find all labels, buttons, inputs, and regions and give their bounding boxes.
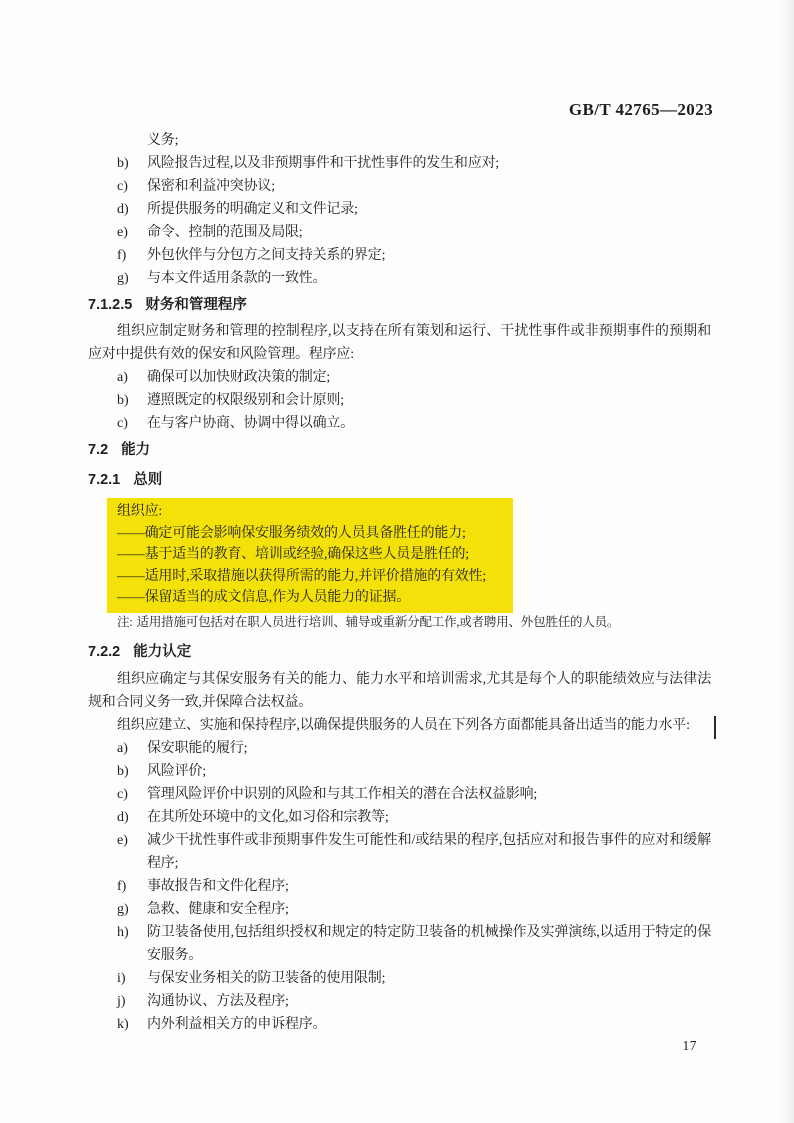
list-item-label: g): [117, 267, 129, 290]
list-item: e) 命令、控制的范围及局限;: [88, 221, 711, 244]
list-item-text: 确保可以加快财政决策的制定;: [147, 370, 330, 385]
clause-list-continuation: 义务; b) 风险报告过程,以及非预期事件和干扰性事件的发生和应对; c) 保密…: [88, 129, 711, 290]
list-item-text: 防卫装备使用,包括组织授权和规定的特定防卫装备的机械操作及实弹演练,以适用于特定…: [147, 925, 711, 963]
highlight-intro: 组织应:: [117, 501, 513, 523]
list-item-text: 在与客户协商、协调中得以确立。: [147, 416, 354, 431]
list-item: f) 外包伙伴与分包方之间支持关系的界定;: [88, 244, 711, 267]
list-item-text: 与本文件适用条款的一致性。: [147, 271, 326, 286]
list-item: a) 确保可以加快财政决策的制定;: [88, 366, 711, 389]
heading-7-2-1: 7.2.1 总则: [88, 469, 711, 492]
heading-title: 财务和管理程序: [145, 294, 247, 317]
highlight-dash-item: ——保留适当的成文信息,作为人员能力的证据。: [117, 587, 513, 609]
list-item-text: 所提供服务的明确定义和文件记录;: [147, 202, 358, 217]
list-item-label: d): [117, 806, 129, 829]
clause-note: 注:适用措施可包括对在职人员进行培训、辅导或重新分配工作,或者聘用、外包胜任的人…: [117, 613, 711, 631]
highlight-dash-item: ——适用时,采取措施以获得所需的能力,并评价措施的有效性;: [117, 566, 513, 588]
list-item-label: i): [117, 967, 126, 990]
heading-number: 7.2.1: [88, 469, 120, 492]
list-item: c) 保密和利益冲突协议;: [88, 175, 711, 198]
heading-number: 7.1.2.5: [88, 294, 132, 317]
list-item-text: 保安职能的履行;: [147, 741, 247, 756]
paragraph: 组织应建立、实施和保持程序,以确保提供服务的人员在下列各方面都能具备出适当的能力…: [88, 714, 711, 737]
list-item-text: 保密和利益冲突协议;: [147, 179, 275, 194]
note-label: 注:: [117, 615, 133, 629]
list-item: k) 内外利益相关方的申诉程序。: [88, 1013, 711, 1036]
list-item-text: 内外利益相关方的申诉程序。: [147, 1017, 326, 1032]
paragraph: 组织应制定财务和管理的控制程序,以支持在所有策划和运行、干扰性事件或非预期事件的…: [88, 320, 711, 366]
list-item-label: a): [117, 737, 128, 760]
list-item-text: 遵照既定的权限级别和会计原则;: [147, 393, 344, 408]
list-item: c) 管理风险评价中识别的风险和与其工作相关的潜在合法权益影响;: [88, 783, 711, 806]
list-item-label: e): [117, 829, 128, 852]
list-item: c) 在与客户协商、协调中得以确立。: [88, 412, 711, 435]
list-item: i) 与保安业务相关的防卫装备的使用限制;: [88, 967, 711, 990]
list-item-text: 命令、控制的范围及局限;: [147, 225, 303, 240]
list-item-text: 风险报告过程,以及非预期事件和干扰性事件的发生和应对;: [147, 156, 499, 171]
list-item-label: c): [117, 175, 128, 198]
heading-number: 7.2.2: [88, 641, 120, 664]
list-item-carryover: 义务;: [88, 129, 711, 152]
heading-title: 总则: [133, 469, 162, 492]
revision-change-bar: [714, 716, 716, 739]
list-item-label: h): [117, 921, 129, 944]
list-item: b) 风险评价;: [88, 760, 711, 783]
list-item-label: a): [117, 366, 128, 389]
list-item: f) 事故报告和文件化程序;: [88, 875, 711, 898]
list-item-text: 管理风险评价中识别的风险和与其工作相关的潜在合法权益影响;: [147, 787, 537, 802]
note-text: 适用措施可包括对在职人员进行培训、辅导或重新分配工作,或者聘用、外包胜任的人员。: [137, 615, 620, 629]
scan-edge-shading: [780, 0, 794, 1123]
list-item: d) 所提供服务的明确定义和文件记录;: [88, 198, 711, 221]
heading-title: 能力: [121, 439, 150, 462]
list-item-label: k): [117, 1013, 129, 1036]
list-item-label: c): [117, 412, 128, 435]
list-item-text: 义务;: [147, 133, 178, 148]
highlight-dash-item: ——基于适当的教育、培训或经验,确保这些人员是胜任的;: [117, 544, 513, 566]
list-item-label: f): [117, 875, 126, 898]
list-item-text: 与保安业务相关的防卫装备的使用限制;: [147, 971, 385, 986]
list-item: a) 保安职能的履行;: [88, 737, 711, 760]
list-item-text: 减少干扰性事件或非预期事件发生可能性和/或结果的程序,包括应对和报告事件的应对和…: [147, 833, 711, 871]
list-item: e) 减少干扰性事件或非预期事件发生可能性和/或结果的程序,包括应对和报告事件的…: [88, 829, 711, 875]
list-item-text: 在其所处环境中的文化,如习俗和宗教等;: [147, 810, 389, 825]
heading-7-2-2: 7.2.2 能力认定: [88, 641, 711, 664]
list-item-label: j): [117, 990, 126, 1013]
list-item-text: 风险评价;: [147, 764, 206, 779]
list-item-label: e): [117, 221, 128, 244]
list-item-text: 沟通协议、方法及程序;: [147, 994, 289, 1009]
paragraph: 组织应确定与其保安服务有关的能力、能力水平和培训需求,尤其是每个人的职能绩效应与…: [88, 668, 711, 714]
page-content: 义务; b) 风险报告过程,以及非预期事件和干扰性事件的发生和应对; c) 保密…: [88, 129, 711, 1036]
list-item-text: 急救、健康和安全程序;: [147, 902, 289, 917]
heading-number: 7.2: [88, 439, 108, 462]
heading-7-2: 7.2 能力: [88, 439, 711, 462]
highlighted-clause-block: 组织应: ——确定可能会影响保安服务绩效的人员具备胜任的能力; ——基于适当的教…: [107, 498, 513, 613]
list-item: h) 防卫装备使用,包括组织授权和规定的特定防卫装备的机械操作及实弹演练,以适用…: [88, 921, 711, 967]
list-item-label: b): [117, 760, 129, 783]
list-item-text: 外包伙伴与分包方之间支持关系的界定;: [147, 248, 385, 263]
list-item: j) 沟通协议、方法及程序;: [88, 990, 711, 1013]
list-item: b) 遵照既定的权限级别和会计原则;: [88, 389, 711, 412]
document-code: GB/T 42765—2023: [569, 100, 713, 120]
list-item-label: g): [117, 898, 129, 921]
list-item-label: c): [117, 783, 128, 806]
list-item-label: d): [117, 198, 129, 221]
page-number: 17: [683, 1038, 698, 1054]
clause-list: a) 确保可以加快财政决策的制定; b) 遵照既定的权限级别和会计原则; c) …: [88, 366, 711, 435]
highlight-dash-item: ——确定可能会影响保安服务绩效的人员具备胜任的能力;: [117, 523, 513, 545]
list-item-label: b): [117, 152, 129, 175]
heading-7-1-2-5: 7.1.2.5 财务和管理程序: [88, 294, 711, 317]
document-page: GB/T 42765—2023 义务; b) 风险报告过程,以及非预期事件和干扰…: [0, 0, 794, 1123]
clause-list: a) 保安职能的履行; b) 风险评价; c) 管理风险评价中识别的风险和与其工…: [88, 737, 711, 1036]
heading-title: 能力认定: [133, 641, 191, 664]
list-item: g) 急救、健康和安全程序;: [88, 898, 711, 921]
list-item-text: 事故报告和文件化程序;: [147, 879, 289, 894]
list-item-label: b): [117, 389, 129, 412]
list-item: d) 在其所处环境中的文化,如习俗和宗教等;: [88, 806, 711, 829]
list-item-label: f): [117, 244, 126, 267]
list-item: b) 风险报告过程,以及非预期事件和干扰性事件的发生和应对;: [88, 152, 711, 175]
list-item: g) 与本文件适用条款的一致性。: [88, 267, 711, 290]
